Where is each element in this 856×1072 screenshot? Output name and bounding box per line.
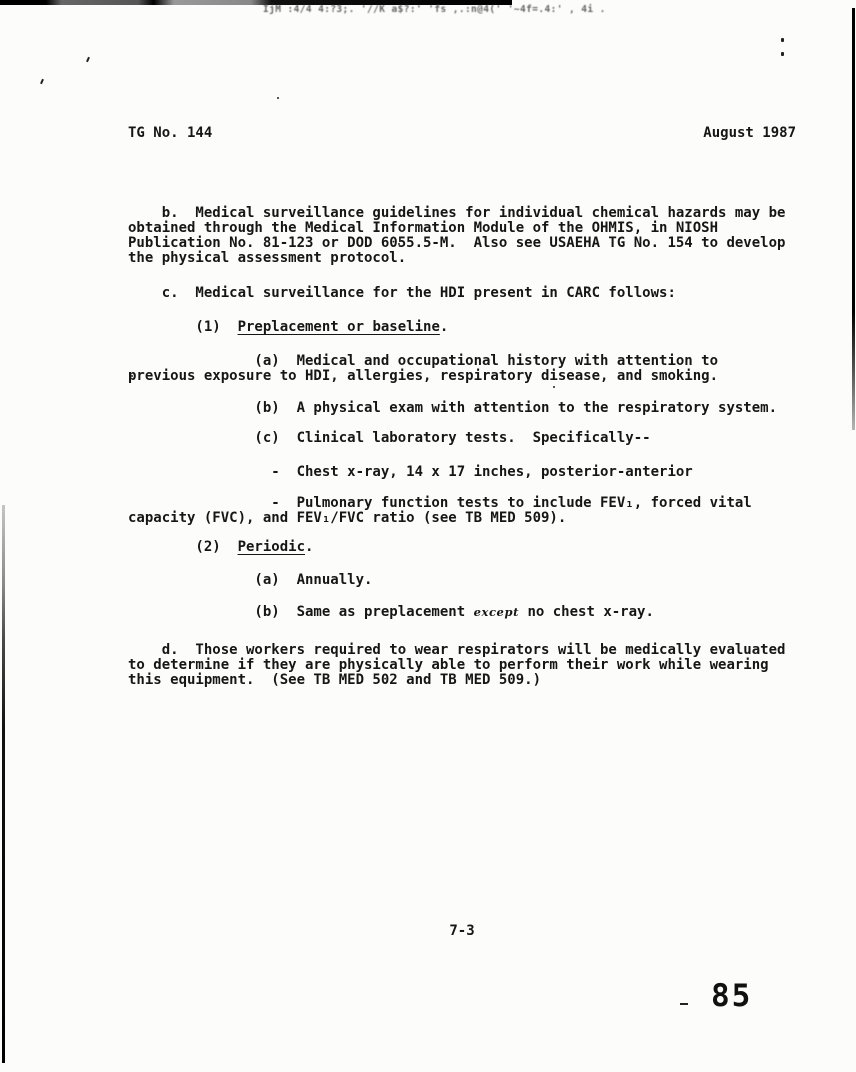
paragraph: d. Those workers required to wear respir… — [128, 643, 796, 688]
handwritten-correction-text: except — [474, 605, 519, 619]
document-line: (2) Periodic. — [128, 540, 796, 555]
paragraph: (b) Same as preplacement except no chest… — [128, 605, 796, 620]
document-line: capacity (FVC), and FEV₁/FVC ratio (see … — [128, 511, 796, 526]
illegible-stamp-text: IjM :4/4 4:?3;. '//K a$?:' 'fs ,.:n@4(' … — [263, 4, 623, 15]
document-line: (a) Annually. — [128, 573, 796, 588]
paragraph: - Pulmonary function tests to include FE… — [128, 496, 796, 526]
scan-edge-left-bar — [2, 505, 5, 1063]
text-segment: (b) A physical exam with attention to th… — [128, 400, 777, 416]
text-segment: c. Medical surveillance for the HDI pres… — [128, 285, 676, 301]
paragraph: - Chest x-ray, 14 x 17 inches, posterior… — [128, 465, 796, 480]
text-segment: b. Medical surveillance guidelines for i… — [128, 205, 785, 221]
paragraph: (1) Preplacement or baseline. — [128, 320, 796, 335]
text-segment: (c) Clinical laboratory tests. Specifica… — [128, 430, 651, 446]
scan-speck — [40, 79, 44, 84]
document-line: (c) Clinical laboratory tests. Specifica… — [128, 431, 796, 446]
document-line: - Chest x-ray, 14 x 17 inches, posterior… — [128, 465, 796, 480]
paragraph: (c) Clinical laboratory tests. Specifica… — [128, 431, 796, 446]
paragraph: (b) A physical exam with attention to th… — [128, 401, 796, 416]
document-line: - Pulmonary function tests to include FE… — [128, 496, 796, 511]
colon-artifact-dot — [781, 52, 784, 56]
text-segment: - Chest x-ray, 14 x 17 inches, posterior… — [128, 464, 693, 480]
text-segment: (a) Annually. — [128, 572, 372, 588]
stamp-page-number: 85 — [711, 980, 752, 1012]
document-line: d. Those workers required to wear respir… — [128, 643, 796, 658]
text-segment: (1) — [128, 319, 238, 335]
scan-dash-mark — [680, 1003, 688, 1005]
document-line: (b) Same as preplacement except no chest… — [128, 605, 796, 620]
paragraph: b. Medical surveillance guidelines for i… — [128, 206, 796, 266]
document-line: b. Medical surveillance guidelines for i… — [128, 206, 796, 221]
document-line: obtained through the Medical Information… — [128, 221, 796, 236]
scan-speck — [86, 57, 90, 62]
paragraph: c. Medical surveillance for the HDI pres… — [128, 286, 796, 301]
header-date: August 1987 — [703, 126, 796, 141]
text-segment: (2) — [128, 539, 238, 555]
scan-edge-right-bar — [852, 8, 855, 430]
text-segment: . — [305, 539, 313, 555]
page-number: 7-3 — [128, 924, 796, 939]
document-line: previous exposure to HDI, allergies, res… — [128, 369, 796, 384]
text-segment: Publication No. 81-123 or DOD 6055.5-M. … — [128, 235, 785, 251]
text-segment: to determine if they are physically able… — [128, 657, 769, 673]
text-segment: previous exposure to HDI, allergies, res… — [128, 368, 718, 384]
text-segment: no chest x-ray. — [519, 604, 654, 620]
underlined-heading-text: Periodic — [238, 539, 305, 555]
document-body: TG No. 144 August 1987 b. Medical survei… — [128, 96, 796, 688]
underlined-heading-text: Preplacement or baseline — [238, 319, 440, 335]
document-line: (1) Preplacement or baseline. — [128, 320, 796, 335]
text-segment: this equipment. (See TB MED 502 and TB M… — [128, 672, 541, 688]
document-line: to determine if they are physically able… — [128, 658, 796, 673]
paragraph: (2) Periodic. — [128, 540, 796, 555]
document-header: TG No. 144 August 1987 — [128, 126, 796, 141]
text-segment: (a) Medical and occupational history wit… — [128, 353, 718, 369]
text-segment: capacity (FVC), and FEV₁/FVC ratio (see … — [128, 510, 566, 526]
document-line: (a) Medical and occupational history wit… — [128, 354, 796, 369]
text-segment: obtained through the Medical Information… — [128, 220, 718, 236]
text-segment: d. Those workers required to wear respir… — [128, 642, 785, 658]
colon-artifact-dot — [781, 38, 784, 42]
text-segment: . — [440, 319, 448, 335]
document-line: Publication No. 81-123 or DOD 6055.5-M. … — [128, 236, 796, 251]
paragraph: (a) Medical and occupational history wit… — [128, 354, 796, 384]
text-segment: (b) Same as preplacement — [128, 604, 474, 620]
document-line: (b) A physical exam with attention to th… — [128, 401, 796, 416]
text-segment: the physical assessment protocol. — [128, 250, 406, 266]
header-doc-number: TG No. 144 — [128, 126, 212, 141]
document-line: the physical assessment protocol. — [128, 251, 796, 266]
paragraph: (a) Annually. — [128, 573, 796, 588]
document-line: this equipment. (See TB MED 502 and TB M… — [128, 673, 796, 688]
document-line: c. Medical surveillance for the HDI pres… — [128, 286, 796, 301]
scanned-document-page: IjM :4/4 4:?3;. '//K a$?:' 'fs ,.:n@4(' … — [0, 0, 856, 1072]
text-segment: - Pulmonary function tests to include FE… — [128, 495, 752, 511]
